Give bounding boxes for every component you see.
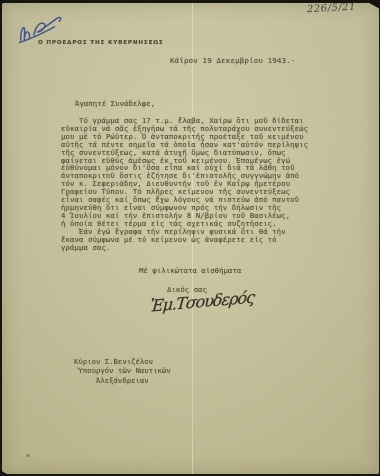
text-line: Κύριον Σ.Βενιζέλον xyxy=(74,357,171,366)
valediction: Μέ φιλικώτατα αἰσθήματα xyxy=(139,266,241,275)
scanned-letter-page: { "letter": { "ref_number": "226/5/21", … xyxy=(0,0,380,476)
letterhead: Ο ΠΡΟΕΔΡΟΣ ΤΗΣ ΚΥΒΕΡΝΗΣΕΩΣ xyxy=(38,40,164,46)
scan-corner-bottom-left xyxy=(0,470,10,476)
text-line: Ὑπουργόν τῶν Ναυτικῶν xyxy=(74,366,171,375)
text-line: γράμμα σας. xyxy=(61,244,327,252)
text-line: Ἀλεξάνδρειαν xyxy=(74,376,171,385)
recipient-address: Κύριον Σ.Βενιζέλον Ὑπουργόν τῶν Ναυτικῶν… xyxy=(74,357,171,385)
dateline: Κάϊρον 19 Δεκεμβρίου 1943.- xyxy=(170,56,296,65)
salutation: Ἀγαπητέ Συνάδελφε, xyxy=(75,99,155,108)
letter-body: Τό γράμμα σας 17 τ.μ. ἔλαβα, Χαίρω ὅτι μ… xyxy=(61,117,327,251)
paper-stain xyxy=(26,454,30,457)
scan-corner-top-right xyxy=(364,0,380,9)
